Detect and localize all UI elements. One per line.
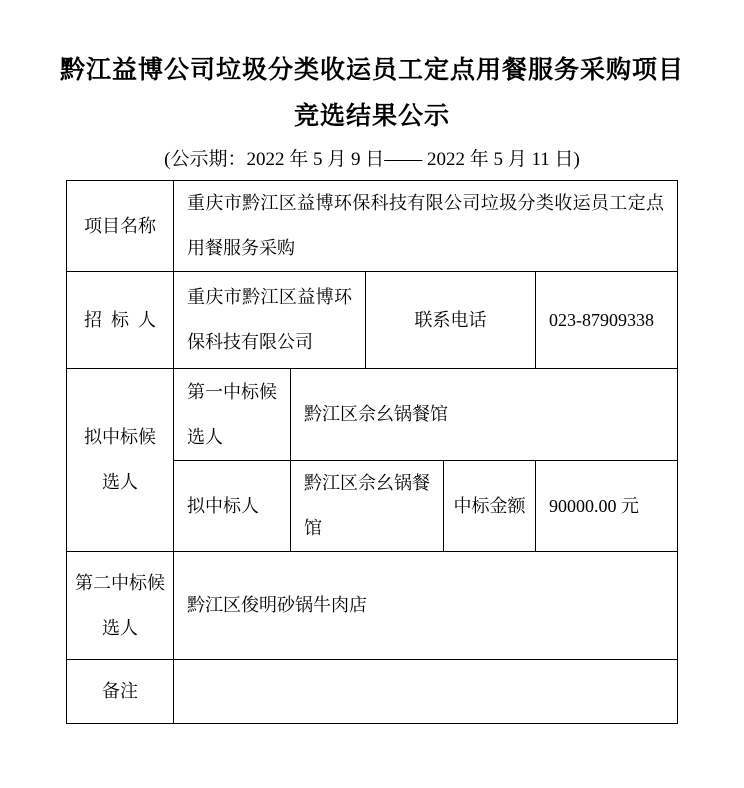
second-candidate-label: 第二中标候 选人: [66, 552, 173, 660]
row-tenderer: 招 标 人 重庆市黔江区益博环保科技有限公司 联系电话 023-87909338: [66, 272, 677, 369]
tenderer-label: 招 标 人: [66, 272, 173, 369]
bid-amount-label: 中标金额: [443, 461, 535, 552]
project-name-label: 项目名称: [66, 181, 173, 272]
row-remark: 备注: [66, 660, 677, 724]
tenderer-value: 重庆市黔江区益博环保科技有限公司: [173, 272, 365, 369]
remark-value: [173, 660, 677, 724]
project-name-value: 重庆市黔江区益博环保科技有限公司垃圾分类收运员工定点用餐服务采购: [173, 181, 677, 272]
bid-amount-value: 90000.00 元: [535, 461, 677, 552]
contact-phone-label: 联系电话: [365, 272, 535, 369]
announcement-document: 黔江益博公司垃圾分类收运员工定点用餐服务采购项目 竞选结果公示 (公示期：202…: [0, 0, 744, 788]
results-table: 项目名称 重庆市黔江区益博环保科技有限公司垃圾分类收运员工定点用餐服务采购 招 …: [66, 180, 678, 724]
first-candidate-label: 第一中标候 选人: [173, 369, 290, 461]
contact-phone-value: 023-87909338: [535, 272, 677, 369]
row-second-candidate: 第二中标候 选人 黔江区俊明砂锅牛肉店: [66, 552, 677, 660]
remark-label: 备注: [66, 660, 173, 724]
document-title-line1: 黔江益博公司垃圾分类收运员工定点用餐服务采购项目: [0, 48, 744, 94]
row-first-candidate: 拟中标候 选人 第一中标候 选人 黔江区佘幺锅餐馆: [66, 369, 677, 461]
candidates-group-label: 拟中标候 选人: [66, 369, 173, 552]
row-project: 项目名称 重庆市黔江区益博环保科技有限公司垃圾分类收运员工定点用餐服务采购: [66, 181, 677, 272]
publicity-period: (公示期：2022 年 5 月 9 日—— 2022 年 5 月 11 日): [0, 146, 744, 174]
proposed-winner-value: 黔江区佘幺锅餐 馆: [290, 461, 443, 552]
second-candidate-value: 黔江区俊明砂锅牛肉店: [173, 552, 677, 660]
first-candidate-value: 黔江区佘幺锅餐馆: [290, 369, 677, 461]
proposed-winner-label: 拟中标人: [173, 461, 290, 552]
document-title-line2: 竞选结果公示: [0, 94, 744, 140]
